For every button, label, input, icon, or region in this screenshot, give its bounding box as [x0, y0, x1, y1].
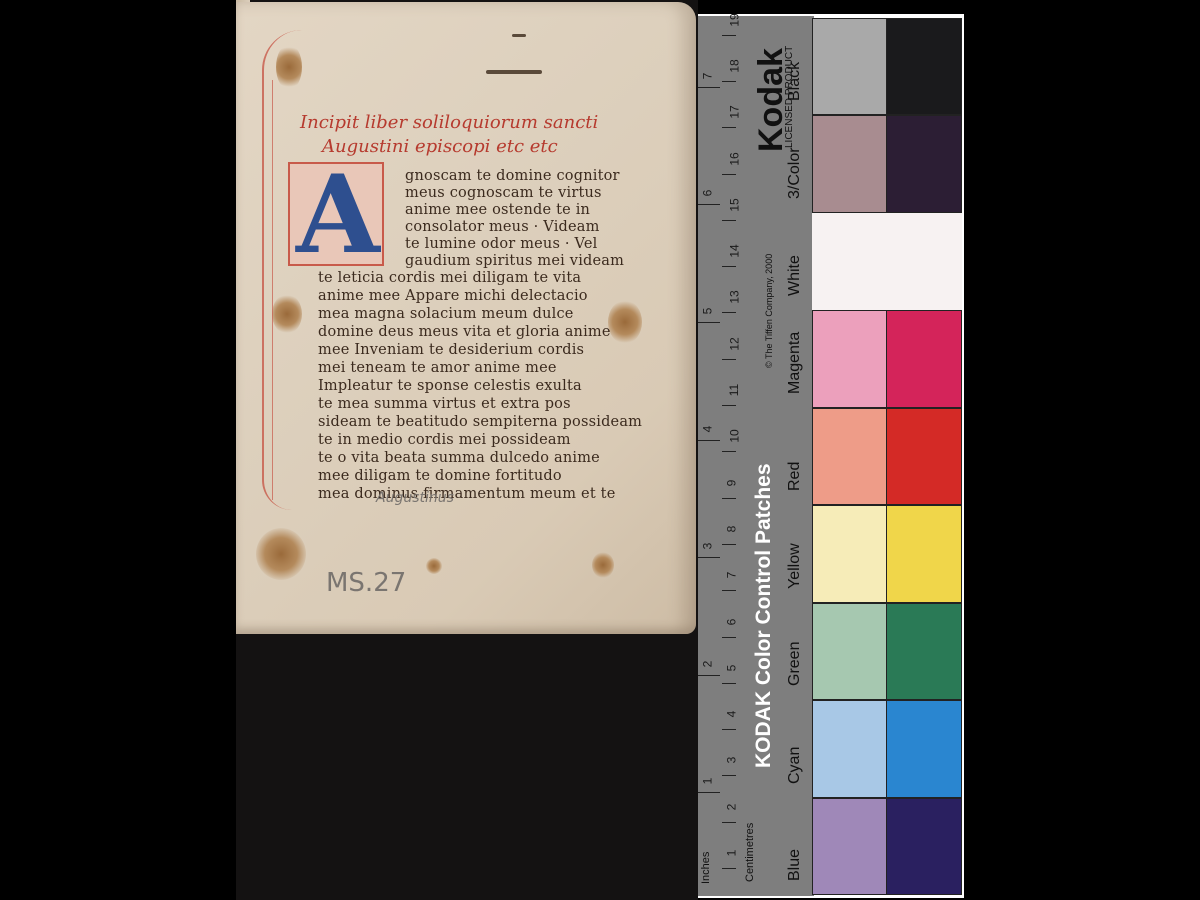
- cm-tick-label: 8: [724, 526, 738, 533]
- tear: [512, 34, 526, 37]
- text-line: te mea summa virtus et extra pos: [318, 396, 571, 412]
- color-patch-light: [812, 700, 887, 798]
- patch-label: Blue: [786, 849, 804, 881]
- text-line: consolator meus · Videam: [405, 219, 600, 235]
- text-line: te leticia cordis mei diligam te vita: [318, 270, 581, 286]
- text-line: gaudium spiritus mei videam: [405, 253, 624, 269]
- patch-label: Black: [786, 62, 804, 101]
- patch-label: Magenta: [786, 331, 804, 393]
- text-line: mea magna solacium meum dulce: [318, 306, 574, 322]
- text-line: mea dominus firmamentum meum et te: [318, 486, 616, 502]
- text-line: te o vita beata summa dulcedo anime: [318, 450, 600, 466]
- color-patch-light: [812, 603, 887, 701]
- inch-tick: [698, 204, 720, 205]
- patch-label: Cyan: [786, 746, 804, 783]
- inch-tick: [698, 792, 720, 793]
- color-patch-light: [812, 115, 887, 213]
- color-patch-dark: [886, 310, 962, 408]
- inch-tick-label: 4: [700, 425, 714, 432]
- cm-tick: [722, 81, 736, 82]
- tear: [486, 70, 542, 74]
- cm-tick: [722, 451, 736, 452]
- color-patch-light: [812, 505, 887, 603]
- cm-tick: [722, 35, 736, 36]
- inch-tick: [698, 322, 720, 323]
- cm-tick-label: 11: [727, 384, 741, 396]
- cm-tick-label: 18: [728, 59, 742, 72]
- inch-tick: [698, 675, 720, 676]
- color-patch-light: [812, 798, 887, 896]
- cm-tick-label: 16: [728, 152, 742, 165]
- cm-tick: [722, 822, 736, 823]
- color-patch-dark: [886, 505, 962, 603]
- stain: [608, 300, 642, 344]
- target-title: KODAK Color Control Patches: [752, 463, 776, 768]
- illuminated-initial: A: [296, 160, 376, 270]
- patch-label: Red: [786, 462, 804, 491]
- cm-tick: [722, 498, 736, 499]
- color-patch-light: [812, 408, 887, 506]
- text-line: mee Inveniam te desiderium cordis: [318, 342, 584, 358]
- stain: [426, 558, 442, 574]
- inch-tick: [698, 87, 720, 88]
- rubric-line: Augustini episcopi etc etc: [322, 136, 558, 157]
- cm-tick: [722, 775, 736, 776]
- shelfmark: MS.27: [326, 568, 406, 598]
- cm-tick: [722, 683, 736, 684]
- cm-tick-label: 3: [724, 757, 738, 764]
- stain: [256, 528, 306, 580]
- inch-tick-label: 3: [700, 543, 714, 550]
- text-line: anime mee Appare michi delectacio: [318, 288, 588, 304]
- color-patch-light: [812, 213, 962, 311]
- text-line: te in medio cordis mei possideam: [318, 432, 571, 448]
- cm-tick: [722, 590, 736, 591]
- text-line: sideam te beatitudo sempiterna possideam: [318, 414, 642, 430]
- text-line: te lumine odor meus · Vel: [405, 236, 598, 252]
- patch-label: Green: [786, 642, 804, 686]
- color-patch-dark: [886, 408, 962, 506]
- cm-tick-label: 12: [728, 337, 742, 350]
- cm-tick-label: 4: [724, 711, 738, 718]
- inch-tick-label: 5: [700, 308, 714, 315]
- pencil-note: Augustinus: [376, 490, 454, 506]
- inch-tick-label: 1: [700, 778, 714, 785]
- cm-tick: [722, 359, 736, 360]
- cm-tick-label: 2: [724, 803, 738, 810]
- cm-tick: [722, 312, 736, 313]
- text-line: domine deus meus vita et gloria anime: [318, 324, 611, 340]
- cm-tick-label: 9: [724, 479, 738, 486]
- cm-tick: [722, 127, 736, 128]
- cm-tick: [722, 174, 736, 175]
- patch-label: White: [786, 255, 804, 296]
- inch-tick-label: 6: [700, 190, 714, 197]
- cm-tick-label: 7: [724, 572, 738, 579]
- text-line: mei teneam te amor anime mee: [318, 360, 557, 376]
- color-patch-light: [812, 18, 887, 116]
- text-line: anime mee ostende te in: [405, 202, 590, 218]
- inch-tick-label: 7: [700, 72, 714, 79]
- patch-label: 3/Color: [786, 147, 804, 199]
- inch-tick: [698, 557, 720, 558]
- rubric-line: Incipit liber soliloquiorum sancti: [300, 112, 598, 133]
- cm-tick-label: 17: [728, 106, 742, 119]
- color-patch-dark: [886, 603, 962, 701]
- cm-tick-label: 1: [724, 850, 738, 857]
- text-line: gnoscam te domine cognitor: [405, 168, 620, 184]
- color-patch-dark: [886, 700, 962, 798]
- text-line: meus cognoscam te virtus: [405, 185, 602, 201]
- color-patch-dark: [886, 798, 962, 896]
- cm-tick: [722, 405, 736, 406]
- cm-tick-label: 6: [724, 618, 738, 625]
- color-patch-dark: [886, 18, 962, 116]
- cm-tick-label: 13: [728, 291, 742, 304]
- copyright: © The Tiffen Company, 2000: [764, 254, 774, 368]
- cm-tick-label: 15: [728, 198, 742, 211]
- patch-label: Yellow: [786, 543, 804, 589]
- inches-label: Inches: [700, 852, 712, 884]
- cm-tick: [722, 544, 736, 545]
- stain: [592, 552, 614, 578]
- cm-tick-label: 14: [728, 244, 742, 257]
- cm-tick-label: 5: [724, 664, 738, 671]
- inch-tick-label: 2: [700, 660, 714, 667]
- centimetres-label: Centimetres: [744, 823, 756, 882]
- red-penwork-line: [272, 80, 303, 500]
- cm-tick: [722, 266, 736, 267]
- cm-tick-label: 10: [728, 430, 742, 443]
- inch-tick: [698, 440, 720, 441]
- color-patch-light: [812, 310, 887, 408]
- cm-tick: [722, 220, 736, 221]
- color-patch-dark: [886, 115, 962, 213]
- cm-tick: [722, 637, 736, 638]
- cm-tick: [722, 729, 736, 730]
- text-line: mee diligam te domine fortitudo: [318, 468, 562, 484]
- cm-tick: [722, 868, 736, 869]
- cm-tick-label: 19: [728, 13, 742, 26]
- text-line: Impleatur te sponse celestis exulta: [318, 378, 582, 394]
